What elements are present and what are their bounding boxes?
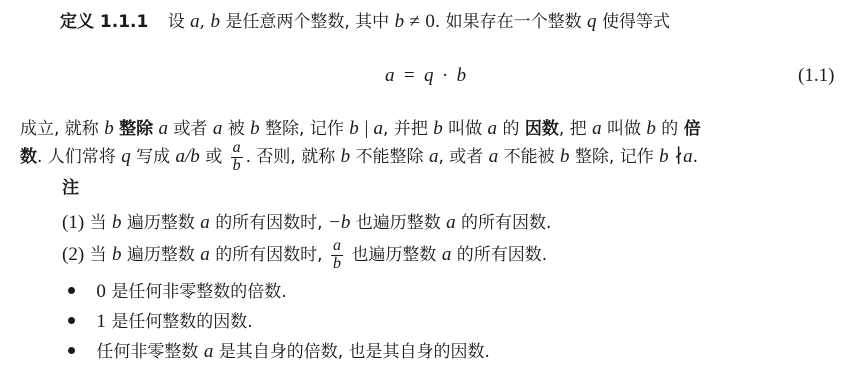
- definition-line: 定义 1.1.1 设 a, b 是任意两个整数, 其中 b ≠ 0. 如果存在一…: [60, 12, 670, 31]
- bullet-item-2: 1 是任何整数的因数.: [68, 312, 253, 331]
- definition-label: 定义 1.1.1: [60, 12, 148, 32]
- bullet-icon: [68, 317, 75, 324]
- note-item-2: (2) 当 b 遍历整数 a 的所有因数时, ab 也遍历整数 a 的所有因数.: [62, 238, 547, 273]
- term-factor: 因数: [525, 119, 559, 139]
- term-divides: 整除: [119, 119, 153, 139]
- bullet-item-1: 0 是任何非零整数的倍数.: [68, 282, 287, 301]
- note-item-1: (1) 当 b 遍历整数 a 的所有因数时, −b 也遍历整数 a 的所有因数.: [62, 213, 551, 232]
- equation: a = q · b: [385, 66, 466, 85]
- paragraph-line-2: 数. 人们常将 q 写成 a/b 或 ab. 否则, 就称 b 不能整除 a, …: [20, 140, 698, 175]
- equation-number: (1.1): [798, 66, 834, 85]
- paragraph-line-1: 成立, 就称 b 整除 a 或者 a 被 b 整除, 记作 b | a, 并把 …: [20, 119, 701, 138]
- note-title: 注: [62, 180, 79, 197]
- term-multiple-start: 倍: [684, 119, 701, 139]
- bullet-icon: [68, 287, 75, 294]
- bullet-icon: [68, 347, 75, 354]
- bullet-item-3: 任何非零整数 a 是其自身的倍数, 也是其自身的因数.: [68, 342, 490, 361]
- not-divides-symbol: ∤: [674, 146, 683, 167]
- term-multiple-end: 数: [20, 147, 37, 167]
- fraction-a-over-b: ab: [231, 140, 243, 175]
- fraction-a-over-b: ab: [331, 238, 343, 273]
